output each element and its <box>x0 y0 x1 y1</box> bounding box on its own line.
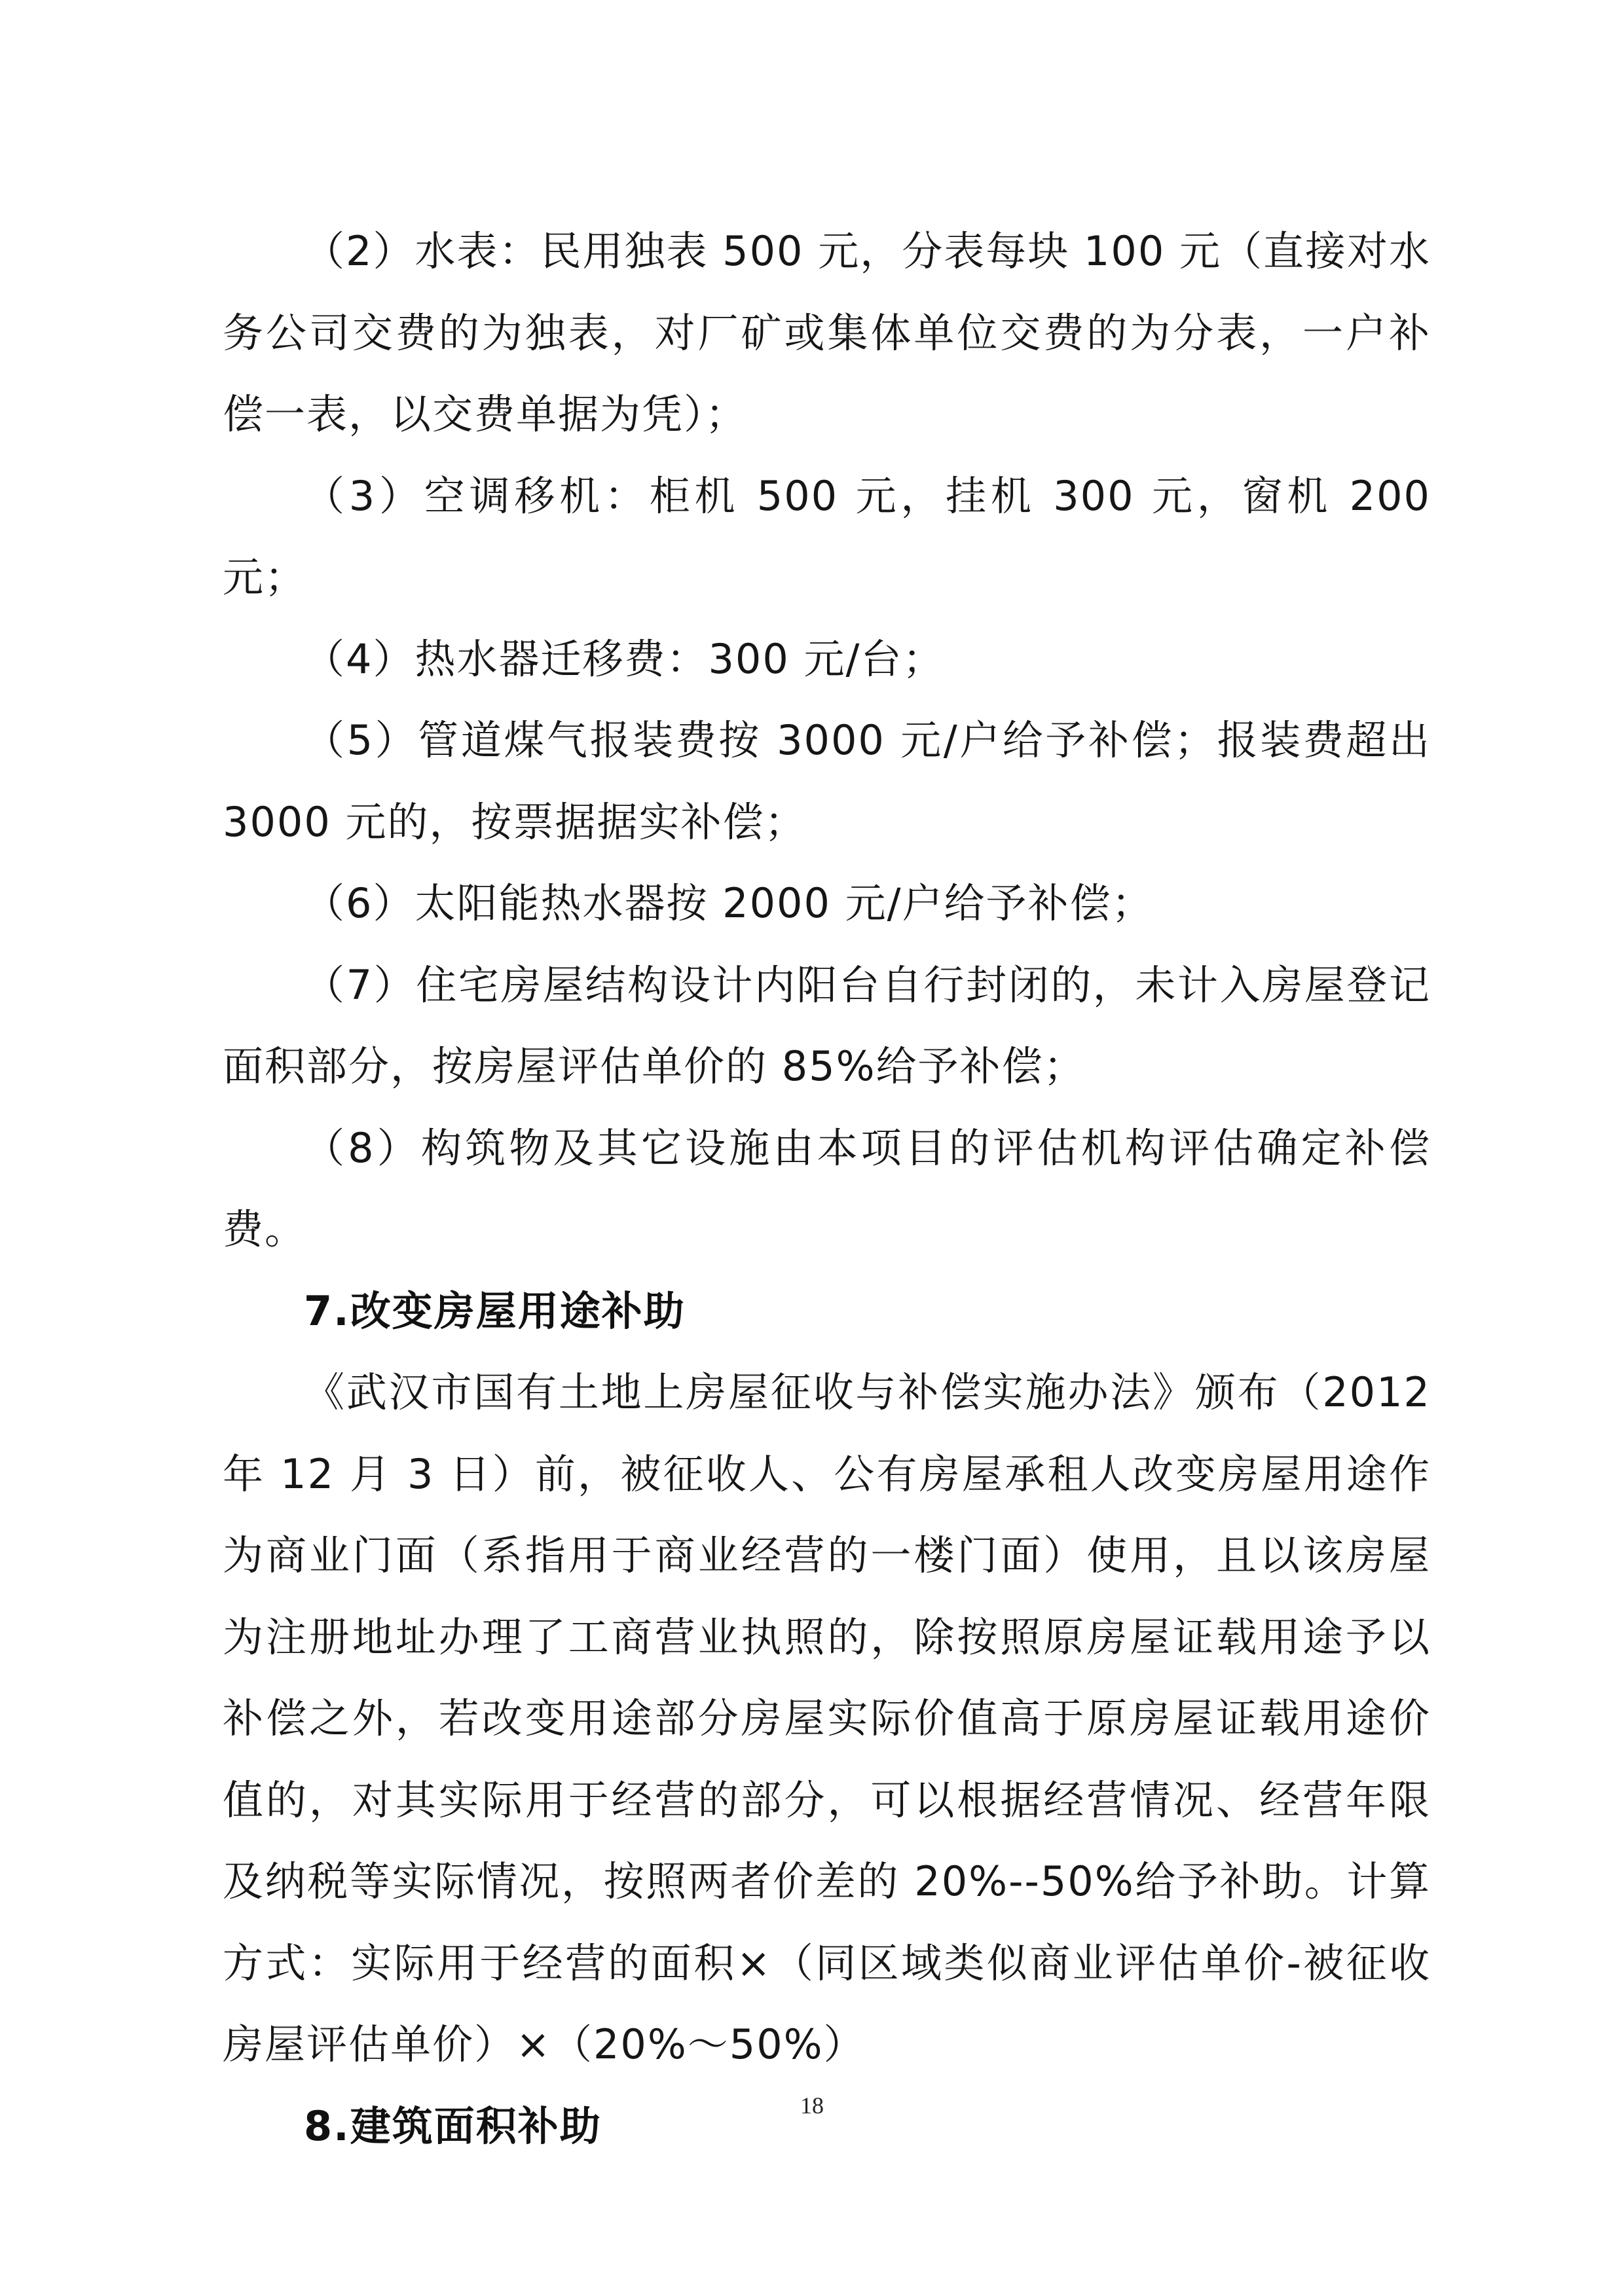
page-number: 18 <box>0 2092 1624 2119</box>
paragraph-balcony: （7）住宅房屋结构设计内阳台自行封闭的，未计入房屋登记面积部分，按房屋评估单价的… <box>223 945 1431 1108</box>
paragraph-air-conditioner: （3）空调移机：柜机 500 元，挂机 300 元，窗机 200 元； <box>223 456 1431 619</box>
document-page: （2）水表：民用独表 500 元，分表每块 100 元（直接对水务公司交费的为独… <box>0 0 1624 2296</box>
paragraph-water-heater: （4）热水器迁移费：300 元/台； <box>223 619 1431 701</box>
document-body: （2）水表：民用独表 500 元，分表每块 100 元（直接对水务公司交费的为独… <box>223 211 1431 2167</box>
paragraph-water-meter: （2）水表：民用独表 500 元，分表每块 100 元（直接对水务公司交费的为独… <box>223 211 1431 456</box>
paragraph-structures: （8）构筑物及其它设施由本项目的评估机构评估确定补偿费。 <box>223 1108 1431 1271</box>
paragraph-usage-change: 《武汉市国有土地上房屋征收与补偿实施办法》颁布（2012 年 12 月 3 日）… <box>223 1352 1431 2086</box>
paragraph-gas-pipeline: （5）管道煤气报装费按 3000 元/户给予补偿；报装费超出 3000 元的，按… <box>223 700 1431 863</box>
paragraph-solar-heater: （6）太阳能热水器按 2000 元/户给予补偿； <box>223 863 1431 945</box>
section-heading-7: 7.改变房屋用途补助 <box>223 1271 1431 1353</box>
